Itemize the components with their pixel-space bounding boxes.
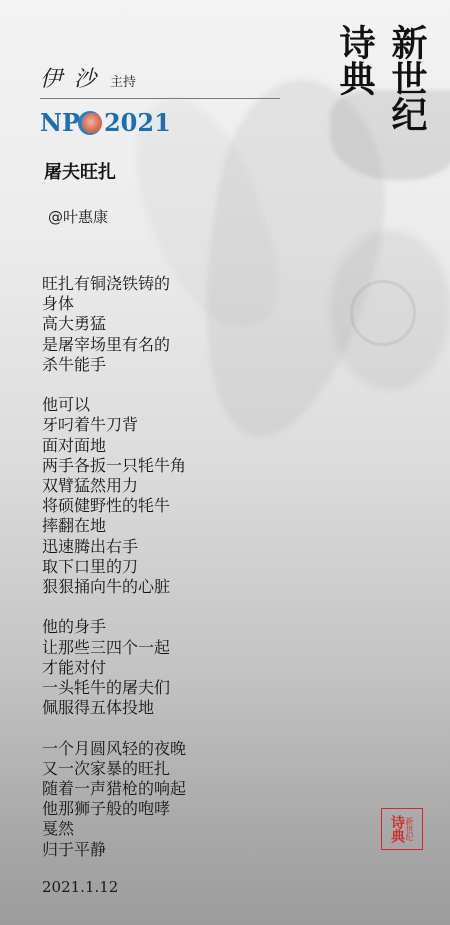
host-name: 伊沙 [40,62,108,93]
logo-text-year: 2021 [104,108,171,137]
poem-line: 将硕健野性的牦牛 [42,496,186,516]
brand-title-col-1: 诗典 [333,24,377,96]
stanza: 旺扎有铜浇铁铸的 身体 高大勇猛 是屠宰场里有名的 杀牛能手 [42,274,186,375]
poem-line: 旺扎有铜浇铁铸的 [42,274,186,294]
poem-line: 两手各扳一只牦牛角 [42,456,186,476]
poem-line: 高大勇猛 [42,314,186,334]
poem-line: 戛然 [42,819,186,839]
poem-line: 牙叼着牛刀背 [42,415,186,435]
brand-title-col-2: 新世纪 [385,24,429,132]
poem-line: 摔翻在地 [42,516,186,536]
ink-wash-decoration [169,66,410,453]
poem-line: 让那些三四个一起 [42,638,186,658]
npo-logo: NP 2021 [40,108,171,137]
divider [40,98,280,99]
logo-globe-icon [82,113,102,133]
poem-line: 他那狮子般的咆哮 [42,799,186,819]
poem-line: 身体 [42,294,186,314]
poem-body: 旺扎有铜浇铁铸的 身体 高大勇猛 是屠宰场里有名的 杀牛能手 他可以 牙叼着牛刀… [42,274,186,880]
poem-line: 他可以 [42,395,186,415]
poem-line: 迅速腾出右手 [42,537,186,557]
poem-line: 佩服得五体投地 [42,698,186,718]
poem-line: 才能对付 [42,658,186,678]
poem-title: 屠夫旺扎 [44,158,116,184]
ink-wash-decoration [330,230,450,390]
ink-swirl-decoration [350,280,416,346]
poem-line: 狠狠捅向牛的心脏 [42,577,186,597]
red-seal-stamp: 诗典 新世纪 [381,808,423,850]
poem-line: 一头牦牛的屠夫们 [42,678,186,698]
poem-line: 杀牛能手 [42,355,186,375]
logo-text-left: NP [40,108,80,137]
poem-line: 他的身手 [42,617,186,637]
poem-line: 双臂猛然用力 [42,476,186,496]
seal-text-large: 诗典 [389,815,405,843]
host-role: 主持 [110,71,136,90]
host-line: 伊沙 主持 [40,62,136,93]
poem-author: @叶惠康 [48,206,108,227]
poem-line: 取下口里的刀 [42,557,186,577]
poem-line: 随着一声猎枪的响起 [42,779,186,799]
poem-line: 是屠宰场里有名的 [42,335,186,355]
seal-text-small: 新世纪 [405,817,414,841]
poem-line: 一个月圆风轻的夜晚 [42,739,186,759]
stanza: 一个月圆风轻的夜晚 又一次家暴的旺扎 随着一声猎枪的响起 他那狮子般的咆哮 戛然… [42,739,186,860]
stanza: 他的身手 让那些三四个一起 才能对付 一头牦牛的屠夫们 佩服得五体投地 [42,617,186,718]
poem-line: 面对面地 [42,436,186,456]
stanza: 他可以 牙叼着牛刀背 面对面地 两手各扳一只牦牛角 双臂猛然用力 将硕健野性的牦… [42,395,186,597]
poem-date: 2021.1.12 [42,878,118,896]
poem-line: 归于平静 [42,840,186,860]
poem-line: 又一次家暴的旺扎 [42,759,186,779]
